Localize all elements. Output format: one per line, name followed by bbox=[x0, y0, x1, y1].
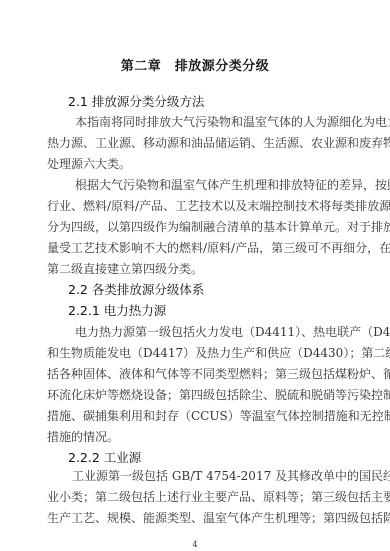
document-page: 第二章 排放源分类分级 2.1 排放源分类分级方法 本指南将同时排放大气污染物和… bbox=[0, 0, 390, 551]
paragraph-line: 和生物质能发电（D4417）及热力生产和供应（D4430）；第二级包 bbox=[47, 344, 341, 361]
paragraph-line: 根据大气污染物和温室气体产生机理和排放特征的差异，按照 bbox=[75, 176, 341, 193]
page-number: 4 bbox=[0, 540, 390, 549]
paragraph-line: 措施的情况。 bbox=[47, 428, 341, 445]
section-heading-2-2-2: 2.2.2 工业源 bbox=[68, 448, 141, 466]
paragraph-line: 本指南将同时排放大气污染物和温室气体的人为源细化为电力 bbox=[75, 113, 341, 130]
paragraph-line: 业小类；第二级包括上述行业主要产品、原料等；第三级包括主要 bbox=[47, 488, 341, 505]
paragraph-line: 电力热力源第一级包括火力发电（D4411）、热电联产（D4412） bbox=[75, 323, 341, 340]
paragraph-line: 措施、碳捕集利用和封存（CCUS）等温室气体控制措施和无控制 bbox=[47, 407, 341, 424]
paragraph-line: 环流化床炉等燃烧设备；第四级包括除尘、脱硫和脱硝等污染控制 bbox=[47, 386, 341, 403]
section-heading-2-1: 2.1 排放源分类分级方法 bbox=[68, 92, 204, 110]
paragraph-line: 括各种固体、液体和气体等不同类型燃料；第三级包括煤粉炉、循 bbox=[47, 365, 341, 382]
paragraph-line: 生产工艺、规模、能源类型、温室气体产生机理等；第四级包括除 bbox=[47, 509, 341, 526]
paragraph-line: 量受工艺技术影响不大的燃料/原料/产品，第三级可不再细分，在 bbox=[47, 239, 341, 256]
paragraph-line: 第二级直接建立第四级分类。 bbox=[47, 260, 341, 277]
paragraph-line: 热力源、工业源、移动源和油品储运销、生活源、农业源和废弃物 bbox=[47, 134, 341, 151]
section-heading-2-2: 2.2 各类排放源分级体系 bbox=[68, 280, 204, 298]
paragraph-line: 行业、燃料/原料/产品、工艺技术以及末端控制技术将每类排放源 bbox=[47, 197, 341, 214]
paragraph-line: 处理源六大类。 bbox=[47, 155, 341, 172]
paragraph-line: 工业源第一级包括 GB/T 4754-2017 及其修改单中的国民经济行 bbox=[72, 467, 341, 484]
paragraph-line: 分为四级，以第四级作为编制融合清单的基本计算单元。对于排放 bbox=[47, 218, 341, 235]
section-heading-2-2-1: 2.2.1 电力热力源 bbox=[68, 301, 166, 319]
chapter-title: 第二章 排放源分类分级 bbox=[0, 55, 390, 74]
